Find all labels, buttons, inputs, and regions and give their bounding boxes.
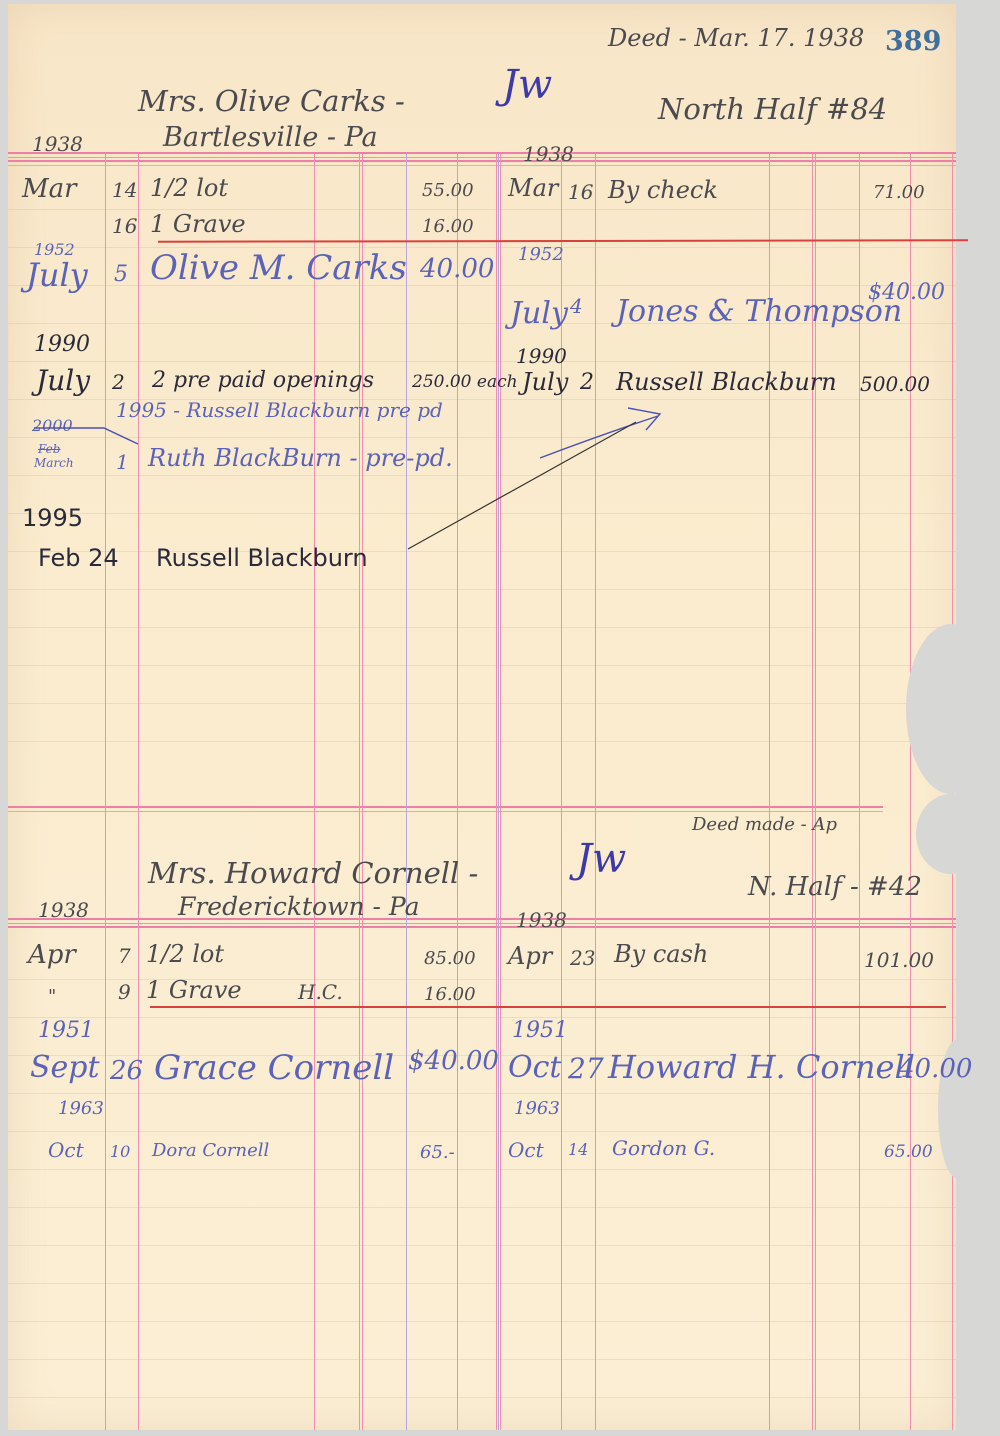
ledger-page: 389 Deed - Mar. 17. 1938 Jw Mrs. Olive C… — [8, 4, 956, 1430]
arrow-line — [540, 416, 658, 458]
connector-line — [34, 428, 138, 444]
arrow-annotations — [8, 4, 956, 1430]
pointer-line — [408, 422, 636, 549]
arrow-head-icon — [628, 408, 660, 430]
